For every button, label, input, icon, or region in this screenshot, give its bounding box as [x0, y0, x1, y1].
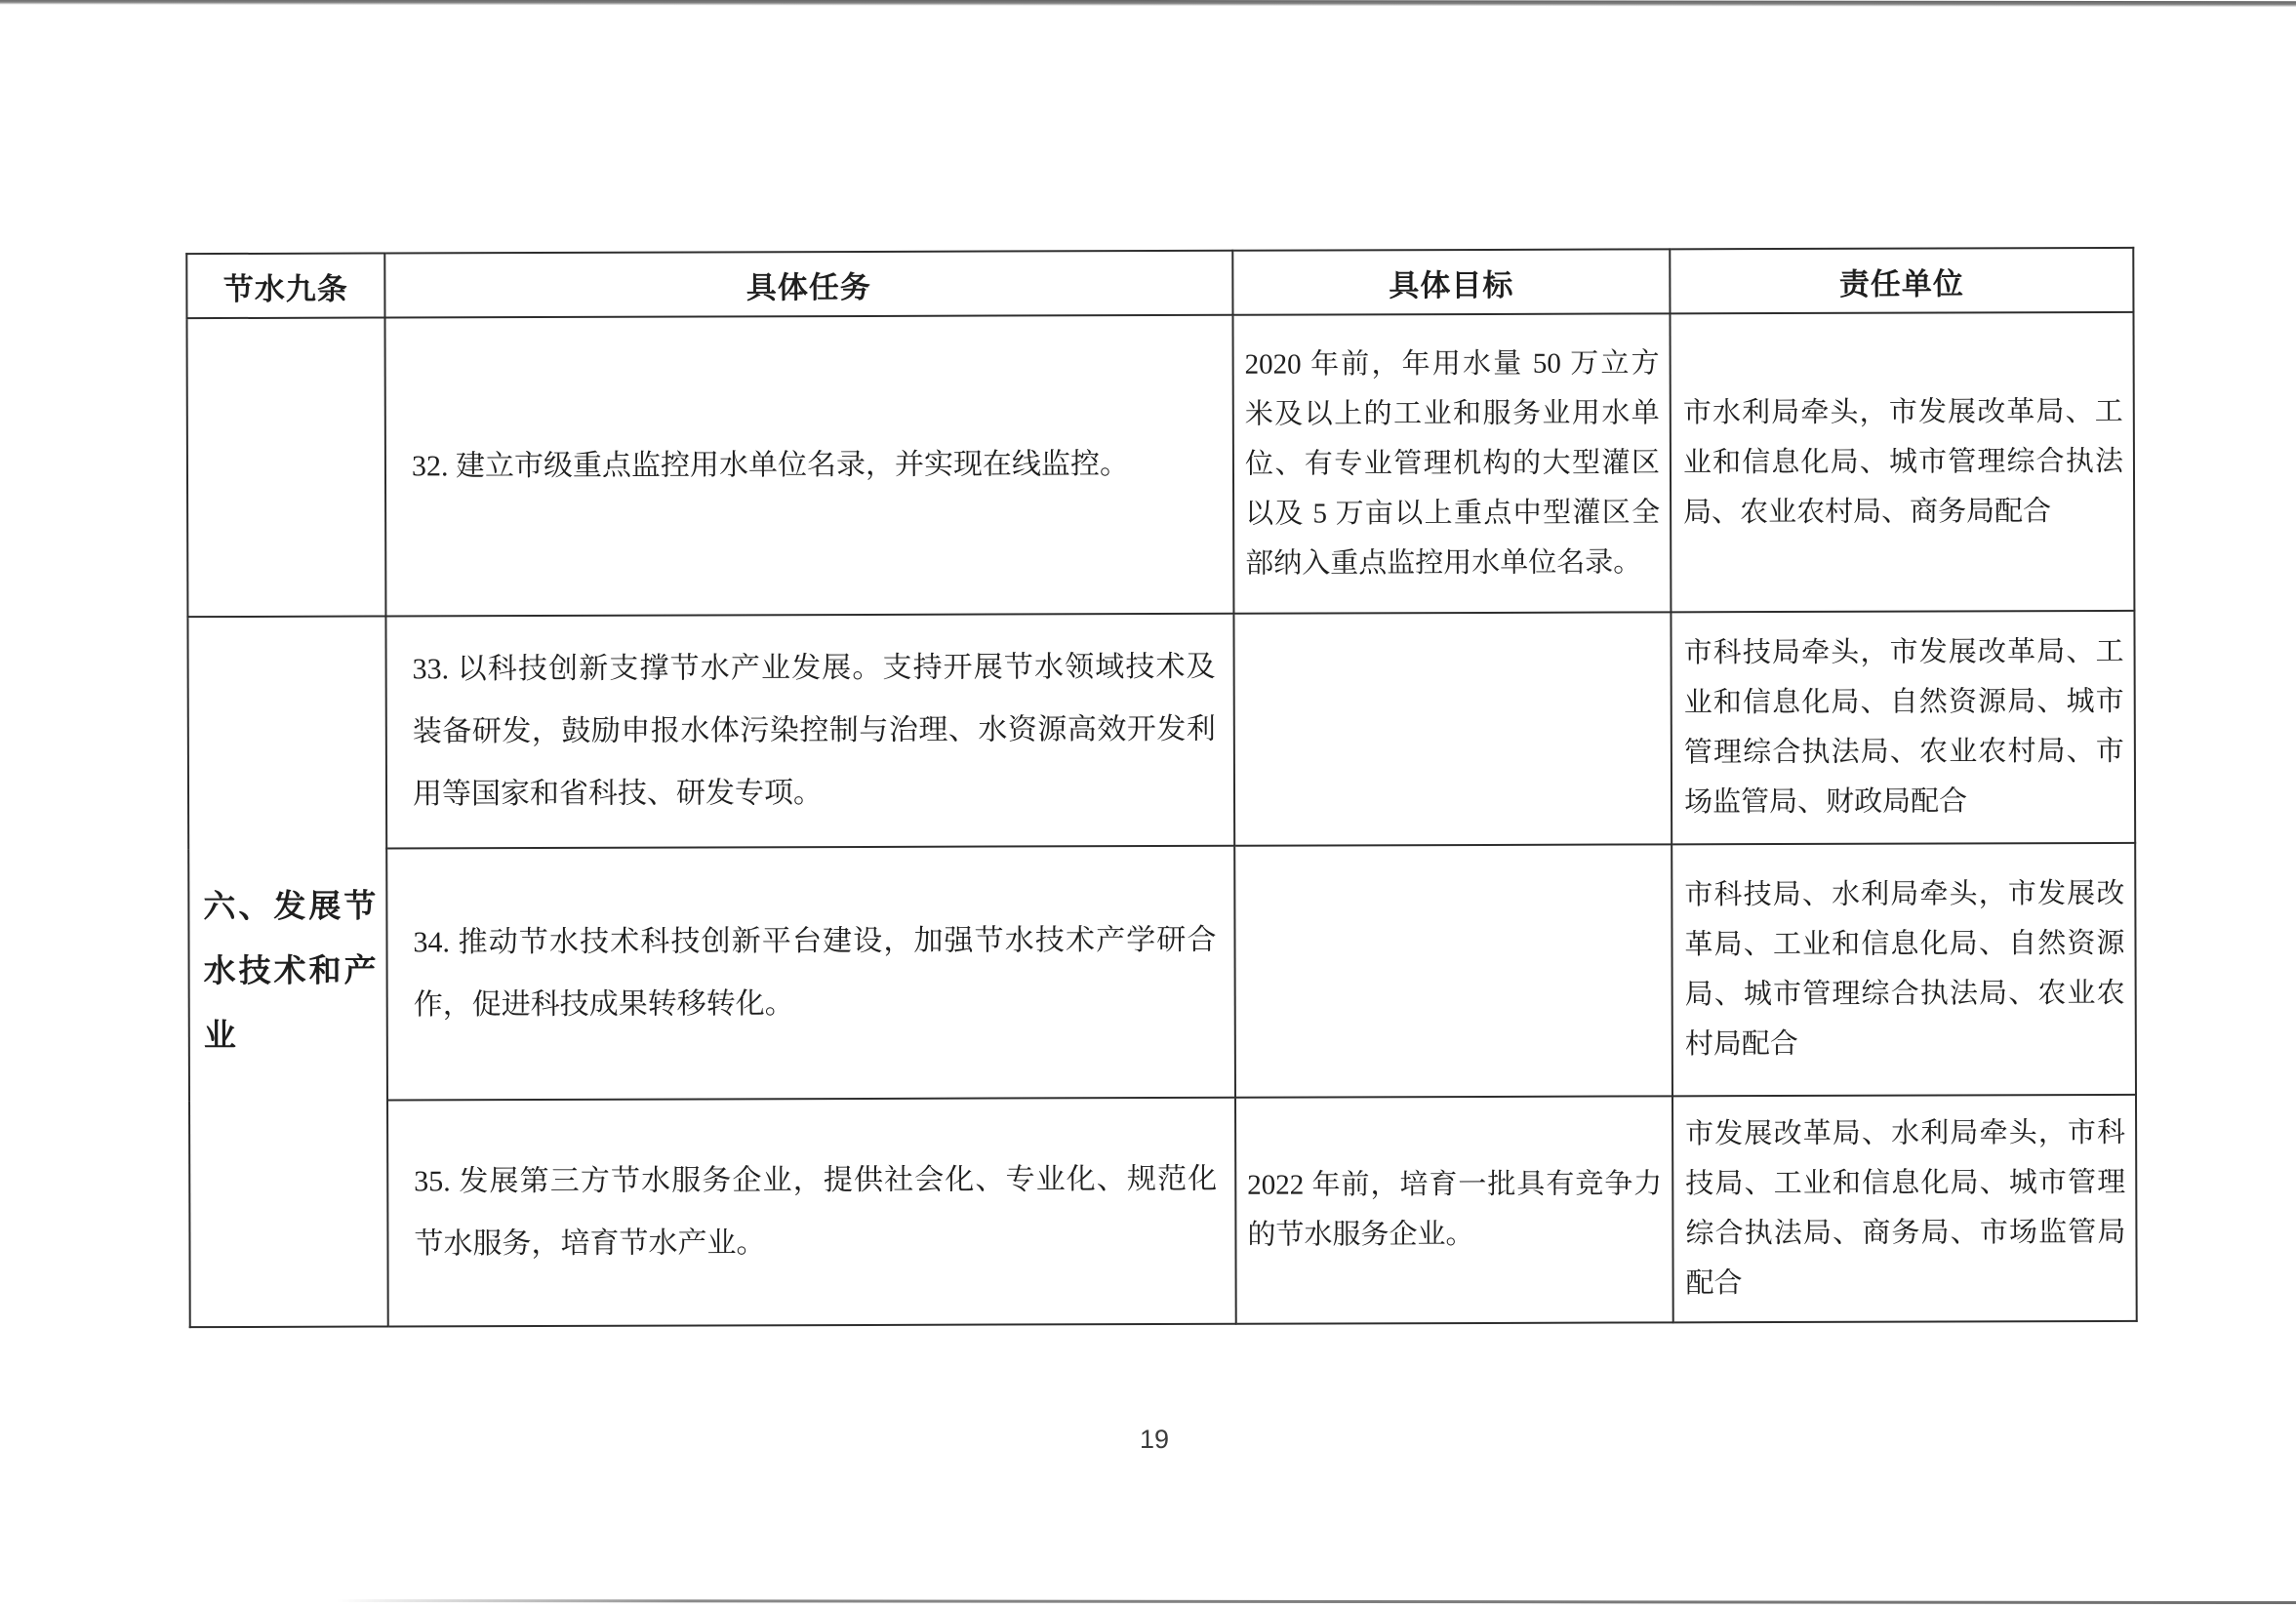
table-header-row: 节水九条 具体任务 具体目标 责任单位 — [186, 248, 2133, 318]
units-cell-35: 市发展改革局、水利局牵头，市科技局、工业和信息化局、城市管理综合执法局、商务局、… — [1672, 1095, 2137, 1322]
scan-edge-artifact-top — [0, 0, 2296, 7]
column-header-task: 具体任务 — [384, 251, 1232, 318]
table-row-32: 32. 建立市级重点监控用水单位名录，并实现在线监控。 2020 年前，年用水量… — [186, 312, 2134, 617]
page-number: 19 — [1140, 1425, 1169, 1455]
table-row-33: 六、发展节水技术和产业 33. 以科技创新支撑节水产业发展。支持开展节水领域技术… — [187, 611, 2135, 849]
category-cell-empty — [186, 317, 385, 617]
water-saving-tasks-table: 节水九条 具体任务 具体目标 责任单位 32. 建立市级重点监控用水单位名录，并… — [185, 247, 2137, 1328]
column-header-units: 责任单位 — [1670, 248, 2133, 313]
goal-cell-33 — [1233, 612, 1672, 845]
column-header-goal: 具体目标 — [1232, 249, 1670, 314]
column-header-category: 节水九条 — [186, 253, 384, 318]
units-cell-32: 市水利局牵头，市发展改革局、工业和信息化局、城市管理综合执法局、农业农村局、商务… — [1670, 312, 2134, 612]
goal-cell-32: 2020 年前，年用水量 50 万立方米及以上的工业和服务业用水单位、有专业管理… — [1232, 313, 1671, 613]
task-cell-34: 34. 推动节水技术科技创新平台建设，加强节水技术产学研合作，促进科技成果转移转… — [386, 846, 1235, 1101]
document-page: 节水九条 具体任务 具体目标 责任单位 32. 建立市级重点监控用水单位名录，并… — [0, 0, 2296, 1609]
scan-edge-artifact-bottom — [337, 1599, 2296, 1604]
task-cell-35: 35. 发展第三方节水服务企业，提供社会化、专业化、规范化节水服务，培育节水产业… — [387, 1098, 1236, 1327]
units-cell-33: 市科技局牵头，市发展改革局、工业和信息化局、自然资源局、城市管理综合执法局、农业… — [1671, 611, 2135, 844]
task-cell-32: 32. 建立市级重点监控用水单位名录，并实现在线监控。 — [384, 315, 1233, 617]
table-row-35: 35. 发展第三方节水服务企业，提供社会化、专业化、规范化节水服务，培育节水产业… — [189, 1095, 2137, 1327]
category-cell-six: 六、发展节水技术和产业 — [187, 616, 387, 1327]
table-row-34: 34. 推动节水技术科技创新平台建设，加强节水技术产学研合作，促进科技成果转移转… — [188, 843, 2136, 1101]
goal-cell-34 — [1234, 844, 1672, 1097]
goal-cell-35: 2022 年前，培育一批具有竞争力的节水服务企业。 — [1235, 1096, 1673, 1323]
task-cell-33: 33. 以科技创新支撑节水产业发展。支持开展节水领域技术及装备研发，鼓励申报水体… — [385, 614, 1234, 849]
units-cell-34: 市科技局、水利局牵头，市发展改革局、工业和信息化局、自然资源局、城市管理综合执法… — [1672, 843, 2136, 1096]
